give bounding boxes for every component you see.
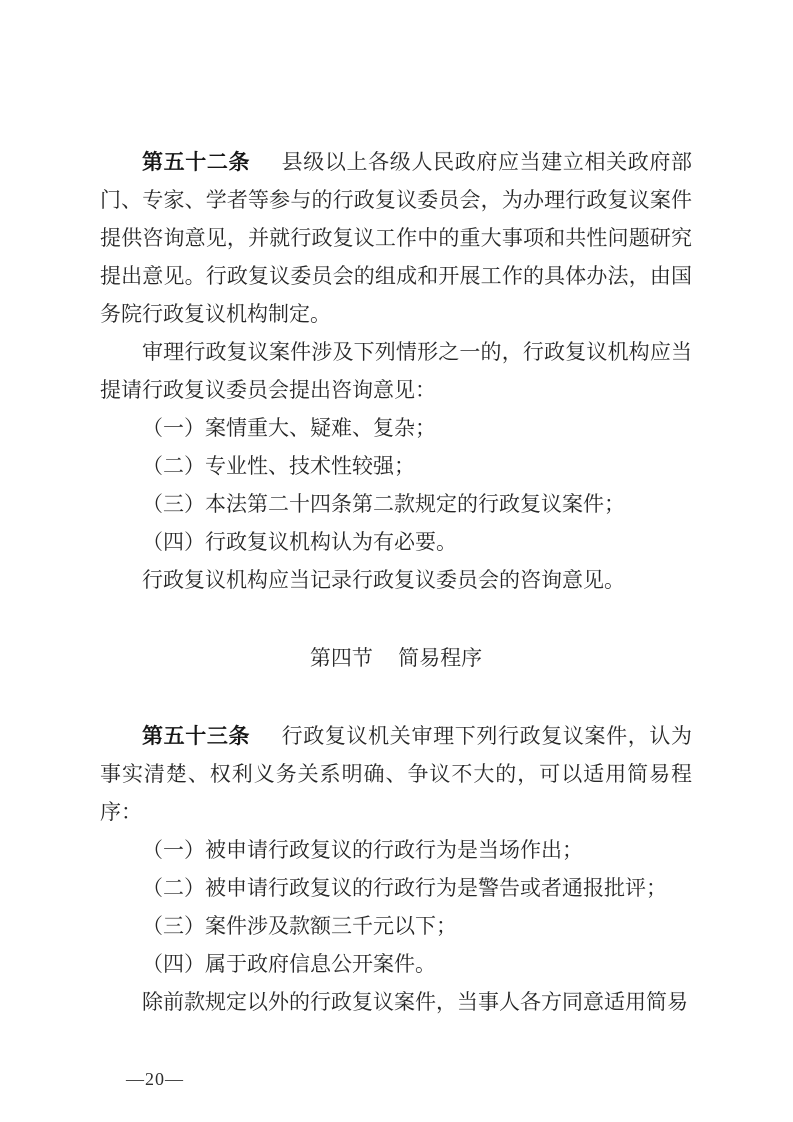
- article-53-number: 第五十三条: [142, 724, 250, 748]
- article-53-item-3: （三）案件涉及款额三千元以下；: [100, 907, 692, 945]
- article-52-item-3: （三）本法第二十四条第二款规定的行政复议案件；: [100, 485, 692, 523]
- article-53-item-1: （一）被申请行政复议的行政行为是当场作出；: [100, 831, 692, 869]
- article-53-item-2: （二）被申请行政复议的行政行为是警告或者通报批评；: [100, 869, 692, 907]
- article-53-item-4: （四）属于政府信息公开案件。: [100, 945, 692, 983]
- section-heading-number: 第四节: [310, 646, 373, 670]
- article-52-number: 第五十二条: [142, 150, 250, 174]
- article-52-item-4: （四）行政复议机构认为有必要。: [100, 523, 692, 561]
- page-number: —20—: [126, 1066, 184, 1092]
- section-heading: 第四节简易程序: [100, 639, 692, 677]
- section-heading-title: 简易程序: [398, 646, 482, 670]
- article-53-paragraph: 第五十三条行政复议机关审理下列行政复议案件，认为事实清楚、权利义务关系明确、争议…: [100, 717, 692, 831]
- text-column: 第五十二条县级以上各级人民政府应当建立相关政府部门、专家、学者等参与的行政复议委…: [100, 143, 692, 1021]
- article-52-paragraph: 第五十二条县级以上各级人民政府应当建立相关政府部门、专家、学者等参与的行政复议委…: [100, 143, 692, 333]
- document-page: 第五十二条县级以上各级人民政府应当建立相关政府部门、专家、学者等参与的行政复议委…: [0, 0, 793, 1122]
- article-52-record-note: 行政复议机构应当记录行政复议委员会的咨询意见。: [100, 561, 692, 599]
- article-53-continuation: 除前款规定以外的行政复议案件，当事人各方同意适用简易: [100, 983, 692, 1021]
- article-52-item-2: （二）专业性、技术性较强；: [100, 447, 692, 485]
- article-52-item-1: （一）案情重大、疑难、复杂；: [100, 409, 692, 447]
- article-52-consult-intro: 审理行政复议案件涉及下列情形之一的，行政复议机构应当提请行政复议委员会提出咨询意…: [100, 333, 692, 409]
- article-52-intro-text: 县级以上各级人民政府应当建立相关政府部门、专家、学者等参与的行政复议委员会，为办…: [100, 150, 692, 326]
